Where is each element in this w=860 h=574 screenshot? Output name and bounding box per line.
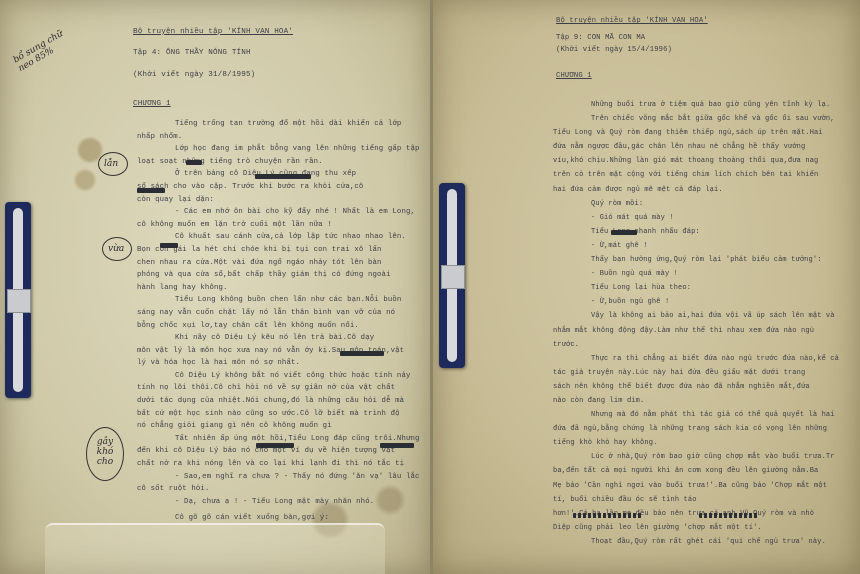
text-line: tí, buổi chiều đầu óc sẽ tỉnh táo — [553, 493, 839, 507]
handwritten-margin-note: bổ sung chữ neo 85% — [12, 22, 83, 74]
text-line: nó chẳng giỏi giang gì nên cô không muốn… — [137, 420, 420, 433]
series-title: Bộ truyện nhiều tập 'KÍNH VẠN HOA' — [133, 26, 293, 39]
series-title: Bộ truyện nhiều tập 'KÍNH VẠN HOA' — [556, 15, 708, 27]
text-line: tính nọ lôi thôi.Cô chỉ hỏi nó về sự giã… — [137, 382, 420, 395]
text-line: Lúc ở nhà,Quý ròm bao giờ cũng chợp mắt … — [553, 450, 839, 464]
text-line: - Gió mát quá mày ! — [553, 211, 839, 225]
text-line: Cô khuất sau cánh cửa,cả lớp lập tức nha… — [137, 231, 420, 244]
text-line: Những buổi trưa ở tiệm quả bao giờ cũng … — [553, 98, 839, 112]
text-line: Thoạt đầu,Quý ròm rất ghét cái 'qui chế … — [553, 535, 839, 549]
strikethrough-mark — [137, 188, 165, 193]
clip-band — [441, 265, 465, 289]
right-manuscript-page: Bộ truyện nhiều tập 'KÍNH VẠN HOA' Tập 9… — [433, 0, 860, 574]
text-line: Quý ròm mồi: — [553, 197, 839, 211]
text-line: trước. — [553, 338, 839, 352]
right-header-block: Bộ truyện nhiều tập 'KÍNH VẠN HOA' Tập 9… — [556, 15, 708, 82]
text-line: cô không muốn em lặn trở cuối một lần nữ… — [137, 219, 420, 232]
strikethrough-mark — [340, 351, 384, 356]
handwritten-note-gay-kho-cho: gây khó cho — [92, 437, 118, 467]
strikethrough-mark — [186, 160, 202, 165]
text-line: trên cỏ trên mặt cộng với tiếng chim líc… — [553, 168, 839, 182]
text-line: nào còn đang lim dim. — [553, 394, 839, 408]
text-line: tiếng khò khò hay không. — [553, 436, 839, 450]
text-line: cô sốt ruột hỏi. — [137, 483, 420, 496]
text-line: Diệp cũng phải leo lên giường 'chợp mắt … — [553, 521, 839, 535]
text-line: - Các em nhớ ôn bài cho kỹ đấy nhé ! Nhấ… — [137, 206, 420, 219]
text-line: Khi nãy cô Diệu Lý kêu nó lên trả bài.Cô… — [137, 332, 420, 345]
handwritten-note-vua: vừa — [108, 244, 124, 254]
text-line: Tiểu Long lại hùa theo: — [553, 281, 839, 295]
text-line: hành lang hay không. — [137, 282, 420, 295]
strikethrough-mark — [255, 174, 311, 179]
strikethrough-mark — [611, 230, 637, 235]
clip-band — [7, 289, 31, 313]
strikethrough-mark — [699, 513, 759, 518]
text-line: nhấp nhổm. — [137, 131, 420, 144]
text-line: Tiểu Long và Quý ròm đang thiêm thiếp ng… — [553, 126, 839, 140]
text-line: Cô Diệu Lý không bắt nó viết công thức h… — [137, 370, 420, 383]
text-line: chất nở ra khi nóng lên và co lại khi lạ… — [137, 458, 420, 471]
text-line: Thấy bạn hưởng ứng,Quý ròm lại 'phát biể… — [553, 253, 839, 267]
strikethrough-mark — [256, 443, 294, 448]
text-line: đứa nằm ngược đầu,gác chân lên nhau nè c… — [553, 140, 839, 154]
volume-title: Tập 4: ÔNG THẦY NÓNG TÍNH — [133, 47, 293, 60]
text-line: lý và hóa học là hai môn nó sợ nhất. — [137, 357, 420, 370]
strikethrough-mark — [573, 513, 643, 518]
text-line: Mẹ bảo 'Cần nghỉ ngơi vào buổi trưa!'.Ba… — [553, 479, 839, 493]
binder-clip-right — [439, 183, 465, 368]
text-line: sách nên không thể biết được đứa nào đã … — [553, 380, 839, 394]
text-line: Lớp học đang im phắt bỗng vang lên những… — [137, 143, 420, 156]
text-line: Nhưng mà đó nằm phát thì tác giả có thể … — [553, 408, 839, 422]
text-line: - Dạ, chưa ạ ! - Tiểu Long mặt mày nhăn … — [137, 496, 420, 509]
text-line: nhắm mắt không động đậy.Làm như thế thì … — [553, 324, 839, 338]
text-line: ba,đến tất cả mọi người khi ăn cơm xong … — [553, 464, 839, 478]
text-line: bỗng chốc xụi lơ,tay chân cất lên không … — [137, 320, 420, 333]
text-line: - Ừ,buồn ngủ ghê ! — [553, 295, 839, 309]
plastic-sleeve-edge — [45, 523, 385, 574]
start-date: (Khởi viết ngày 15/4/1996) — [556, 44, 708, 56]
volume-title: Tập 9: CON MÃ CON MA — [556, 32, 708, 44]
text-line: Tiểu Long nhanh nhẩu đáp: — [553, 225, 839, 239]
text-line: Bọn con gái la hét chí chóe khi bị tụi c… — [137, 244, 420, 257]
text-line: hai đứa cảm được ngủ mê mệt cả đáp lại. — [553, 183, 839, 197]
binder-clip-left — [5, 202, 31, 398]
text-line: - Sao,em nghĩ ra chưa ? - Thấy nó đứng '… — [137, 471, 420, 484]
chapter-heading: CHƯƠNG 1 — [556, 70, 708, 82]
text-line: Tiểu Long không buồn chen lấn như các bạ… — [137, 294, 420, 307]
text-line: Tiếng trống tan trường đổ một hồi dài kh… — [137, 118, 420, 131]
text-line: bất cứ một học sinh nào cũng so ước.Cô l… — [137, 408, 420, 421]
text-line: Thực ra thì chẳng ai biết đứa nào ngủ tr… — [553, 352, 839, 366]
left-header-block: Bộ truyện nhiều tập 'KÍNH VẠN HOA' Tập 4… — [133, 26, 293, 112]
left-body-text: Tiếng trống tan trường đổ một hồi dài kh… — [137, 118, 420, 525]
text-line: - Buồn ngủ quá mày ! — [553, 267, 839, 281]
text-line: sáng nay vẫn cuốn chặt lấy nó lẫn thân b… — [137, 307, 420, 320]
strikethrough-mark — [380, 443, 414, 448]
strikethrough-mark — [160, 243, 178, 248]
text-line: còn quay lại dặn: — [137, 194, 420, 207]
text-line: Vậy là không ai bảo ai,hai đứa vội vã úp… — [553, 309, 839, 323]
text-line: - Ừ,mát ghê ! — [553, 239, 839, 253]
text-line: chen nhau ra cửa.Một vài đứa ngổ ngáo nh… — [137, 257, 420, 270]
chapter-heading: CHƯƠNG 1 — [133, 98, 293, 111]
text-line: loạt soạt những tiếng trò chuyện rần rần… — [137, 156, 420, 169]
start-date: (Khởi viết ngày 31/8/1995) — [133, 69, 293, 82]
text-line: tác giả truyện này.Lúc này hai đứa đều g… — [553, 366, 839, 380]
handwritten-note-lan: lẫn — [104, 159, 118, 169]
left-manuscript-page: bổ sung chữ neo 85% Bộ truyện nhiều tập … — [0, 0, 433, 574]
right-body-text: Những buổi trưa ở tiệm quả bao giờ cũng … — [553, 98, 839, 549]
text-line: đứa đã ngủ,bằng chứng là những trang sác… — [553, 422, 839, 436]
text-line: Trên chiếc võng mắc bắt giữa gốc khế và … — [553, 112, 839, 126]
text-line: sổ sách cho vào cặp. Trước khi bước ra k… — [137, 181, 420, 194]
text-line: víu,khó chịu.Những làn gió mát thoang th… — [553, 154, 839, 168]
text-line: phóng và qua cửa sổ,bất chấp thầy giám t… — [137, 269, 420, 282]
text-line: dưới tác dụng của nhiệt.Nói chung,đó là … — [137, 395, 420, 408]
